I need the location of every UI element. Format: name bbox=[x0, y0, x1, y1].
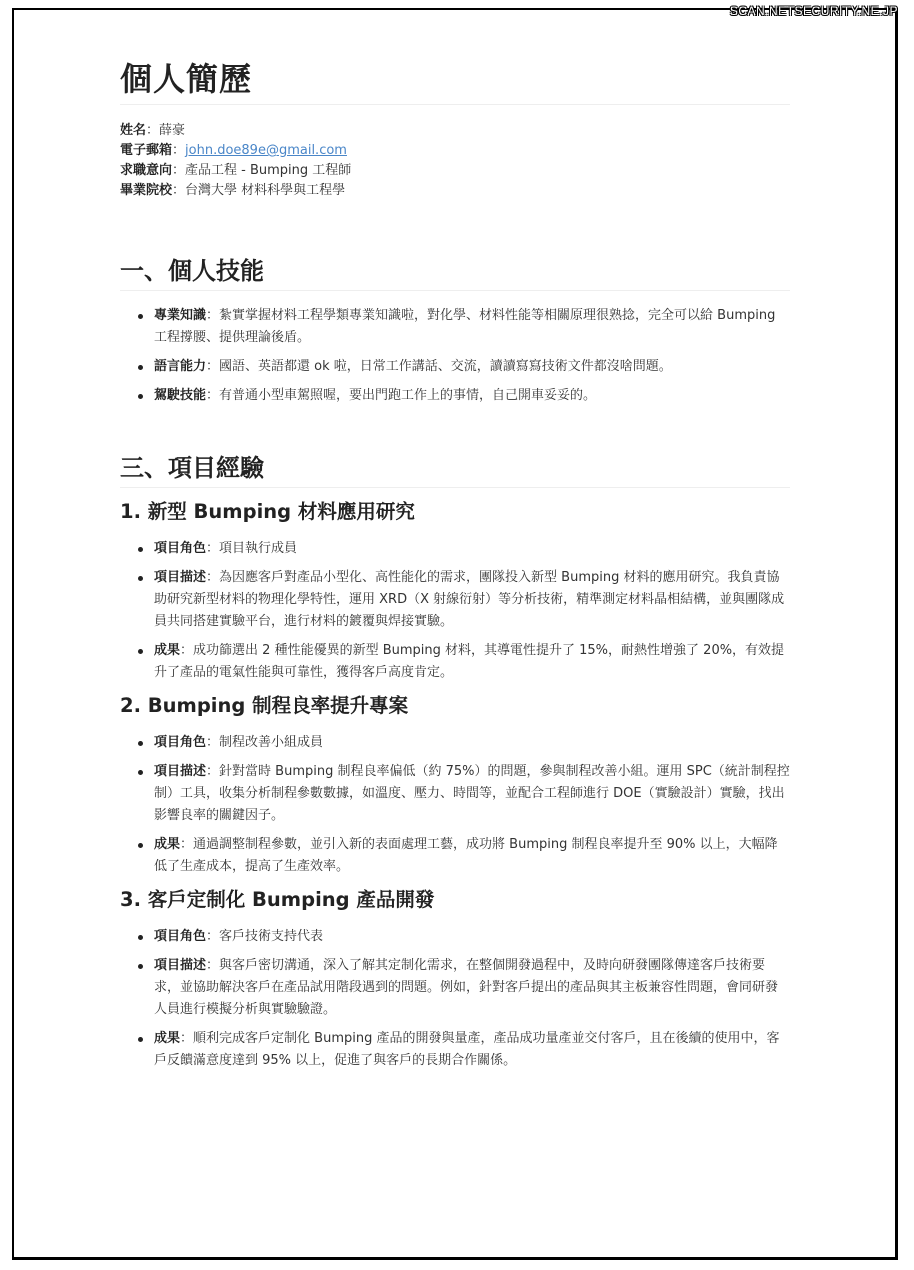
list-item: 語言能力：國語、英語都還 ok 啦，日常工作講話、交流，讀讀寫寫技術文件都沒啥問… bbox=[137, 356, 790, 378]
project-2-list: 項目角色：制程改善小組成員 項目描述：針對當時 Bumping 制程良率偏低（約… bbox=[137, 732, 790, 878]
list-item: 專業知識：紮實掌握材料工程學類專業知識啦，對化學、材料性能等相關原理很熟捻，完全… bbox=[137, 305, 790, 349]
item-separator: ： bbox=[206, 929, 219, 944]
item-separator: ： bbox=[206, 388, 219, 403]
item-label: 語言能力 bbox=[154, 359, 206, 374]
skills-list: 專業知識：紮實掌握材料工程學類專業知識啦，對化學、材料性能等相關原理很熟捻，完全… bbox=[137, 305, 790, 407]
item-text: 制程改善小組成員 bbox=[219, 735, 323, 750]
item-label: 項目描述 bbox=[154, 958, 206, 973]
item-text: 通過調整制程參數，並引入新的表面處理工藝，成功將 Bumping 制程良率提升至… bbox=[154, 837, 778, 874]
info-separator: ： bbox=[172, 163, 185, 178]
list-item: 成果：通過調整制程參數，並引入新的表面處理工藝，成功將 Bumping 制程良率… bbox=[137, 834, 790, 878]
item-separator: ： bbox=[206, 541, 219, 556]
item-text: 項目執行成員 bbox=[219, 541, 297, 556]
watermark-text: SCAN.NETSECURITY.NE.JP bbox=[730, 4, 898, 18]
item-text: 客戶技術支持代表 bbox=[219, 929, 323, 944]
info-label: 畢業院校 bbox=[120, 183, 172, 198]
item-separator: ： bbox=[206, 735, 219, 750]
info-value: 產品工程 - Bumping 工程師 bbox=[185, 163, 351, 178]
item-separator: ： bbox=[206, 958, 219, 973]
project-title-2: 2. Bumping 制程良率提升專案 bbox=[120, 692, 790, 720]
list-item: 項目角色：項目執行成員 bbox=[137, 538, 790, 560]
item-label: 專業知識 bbox=[154, 308, 206, 323]
section-heading-projects: 三、項目經驗 bbox=[120, 451, 790, 488]
info-label: 求職意向 bbox=[120, 163, 172, 178]
info-label: 電子郵箱 bbox=[120, 143, 172, 158]
project-1-list: 項目角色：項目執行成員 項目描述：為因應客戶對產品小型化、高性能化的需求，團隊投… bbox=[137, 538, 790, 684]
item-text: 成功篩選出 2 種性能優異的新型 Bumping 材料，其導電性提升了 15%，… bbox=[154, 643, 784, 680]
item-separator: ： bbox=[180, 1031, 193, 1046]
item-label: 成果 bbox=[154, 837, 180, 852]
email-link[interactable]: john.doe89e@gmail.com bbox=[185, 143, 347, 158]
list-item: 項目角色：客戶技術支持代表 bbox=[137, 926, 790, 948]
item-label: 駕駛技能 bbox=[154, 388, 206, 403]
project-title-1: 1. 新型 Bumping 材料應用研究 bbox=[120, 498, 790, 526]
resume-page: 個人簡歷 姓名：薛豪 電子郵箱：john.doe89e@gmail.com 求職… bbox=[120, 58, 790, 1079]
item-text: 國語、英語都還 ok 啦，日常工作講話、交流，讀讀寫寫技術文件都沒啥問題。 bbox=[219, 359, 672, 374]
item-separator: ： bbox=[180, 643, 193, 658]
info-value: 台灣大學 材料科學與工程學 bbox=[185, 183, 345, 198]
page-title: 個人簡歷 bbox=[120, 58, 790, 105]
list-item: 項目描述：針對當時 Bumping 制程良率偏低（約 75%）的問題，參與制程改… bbox=[137, 761, 790, 827]
item-label: 成果 bbox=[154, 1031, 180, 1046]
info-school: 畢業院校：台灣大學 材料科學與工程學 bbox=[120, 181, 790, 201]
info-separator: ： bbox=[172, 183, 185, 198]
info-label: 姓名 bbox=[120, 123, 146, 138]
item-separator: ： bbox=[206, 764, 219, 779]
item-text: 順利完成客戶定制化 Bumping 產品的開發與量產，產品成功量產並交付客戶，且… bbox=[154, 1031, 779, 1068]
info-job-intent: 求職意向：產品工程 - Bumping 工程師 bbox=[120, 161, 790, 181]
item-separator: ： bbox=[180, 837, 193, 852]
item-label: 項目角色 bbox=[154, 735, 206, 750]
item-label: 項目描述 bbox=[154, 570, 206, 585]
item-separator: ： bbox=[206, 308, 219, 323]
project-title-3: 3. 客戶定制化 Bumping 產品開發 bbox=[120, 886, 790, 914]
item-label: 項目描述 bbox=[154, 764, 206, 779]
list-item: 項目描述：為因應客戶對產品小型化、高性能化的需求，團隊投入新型 Bumping … bbox=[137, 567, 790, 633]
info-value: 薛豪 bbox=[159, 123, 185, 138]
item-separator: ： bbox=[206, 570, 219, 585]
item-text: 有普通小型車駕照喔，要出門跑工作上的事情，自己開車妥妥的。 bbox=[219, 388, 596, 403]
list-item: 項目角色：制程改善小組成員 bbox=[137, 732, 790, 754]
list-item: 成果：順利完成客戶定制化 Bumping 產品的開發與量產，產品成功量產並交付客… bbox=[137, 1028, 790, 1072]
list-item: 項目描述：與客戶密切溝通，深入了解其定制化需求，在整個開發過程中，及時向研發團隊… bbox=[137, 955, 790, 1021]
item-label: 項目角色 bbox=[154, 929, 206, 944]
personal-info: 姓名：薛豪 電子郵箱：john.doe89e@gmail.com 求職意向：產品… bbox=[120, 121, 790, 201]
item-separator: ： bbox=[206, 359, 219, 374]
list-item: 成果：成功篩選出 2 種性能優異的新型 Bumping 材料，其導電性提升了 1… bbox=[137, 640, 790, 684]
item-text: 針對當時 Bumping 制程良率偏低（約 75%）的問題，參與制程改善小組。運… bbox=[154, 764, 790, 823]
info-name: 姓名：薛豪 bbox=[120, 121, 790, 141]
item-text: 與客戶密切溝通，深入了解其定制化需求，在整個開發過程中，及時向研發團隊傳達客戶技… bbox=[154, 958, 778, 1017]
project-3-list: 項目角色：客戶技術支持代表 項目描述：與客戶密切溝通，深入了解其定制化需求，在整… bbox=[137, 926, 790, 1072]
item-label: 項目角色 bbox=[154, 541, 206, 556]
section-heading-skills: 一、個人技能 bbox=[120, 254, 790, 291]
info-separator: ： bbox=[172, 143, 185, 158]
list-item: 駕駛技能：有普通小型車駕照喔，要出門跑工作上的事情，自己開車妥妥的。 bbox=[137, 385, 790, 407]
info-email: 電子郵箱：john.doe89e@gmail.com bbox=[120, 141, 790, 161]
item-text: 為因應客戶對產品小型化、高性能化的需求，團隊投入新型 Bumping 材料的應用… bbox=[154, 570, 784, 629]
item-text: 紮實掌握材料工程學類專業知識啦，對化學、材料性能等相關原理很熟捻，完全可以給 B… bbox=[154, 308, 775, 345]
item-label: 成果 bbox=[154, 643, 180, 658]
info-separator: ： bbox=[146, 123, 159, 138]
